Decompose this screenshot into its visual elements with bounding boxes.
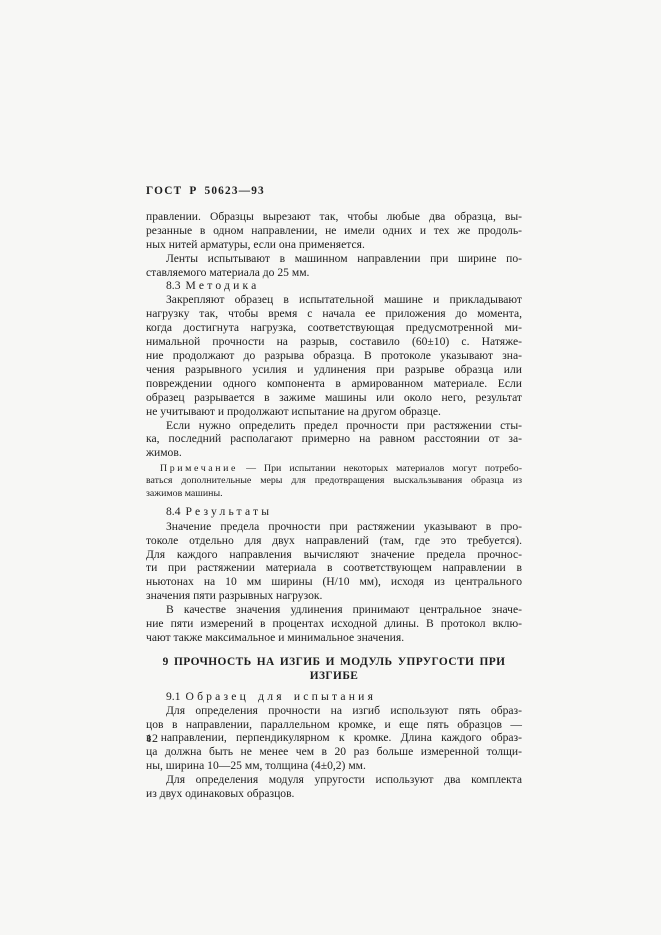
subsection-title: Образец для испытания <box>186 690 377 703</box>
text-line: повреждении одного компонента в армирова… <box>146 377 522 391</box>
text-line: ваться дополнительные меры для предотвра… <box>146 475 522 487</box>
text-line: ньютонах на 10 мм ширины (Н/10 мм), исхо… <box>146 575 522 589</box>
text-line: правлении. Образцы вырезают так, чтобы л… <box>146 210 522 224</box>
text-line: образец разрывается в зажиме машины или … <box>146 391 522 405</box>
text-line: Для определения прочности на изгиб испол… <box>146 704 522 718</box>
subsection-title: Методика <box>186 279 260 292</box>
text-line: в направлении, перпендикулярном к кромке… <box>146 731 522 745</box>
text-line: значения пяти разрывных нагрузок. <box>146 589 522 603</box>
page-number: 12 <box>146 731 158 746</box>
text-line: В качестве значения удлинения принимают … <box>146 603 522 617</box>
text-line: чения разрывного усилия и удлинения при … <box>146 363 522 377</box>
text-line: Ленты испытывают в машинном направлении … <box>146 252 522 266</box>
text-line: ние пяти измерений в процентах исходной … <box>146 617 522 631</box>
note-text: — При испытании некоторых материалов мог… <box>238 463 522 474</box>
page-content: ГОСТ Р 50623—93 правлении. Образцы вырез… <box>146 185 522 801</box>
text-line: жимов. <box>146 446 522 460</box>
text-line: ца должна быть не менее чем в 20 раз бол… <box>146 745 522 759</box>
text-line: не учитывают и продолжают испытание на д… <box>146 405 522 419</box>
text-line: зажимов машины. <box>146 488 522 500</box>
paragraph-continuation: правлении. Образцы вырезают так, чтобы л… <box>146 210 522 252</box>
text-line: из двух одинаковых образцов. <box>146 787 522 801</box>
paragraph: Для определения прочности на изгиб испол… <box>146 704 522 774</box>
subsection-title: Результаты <box>186 505 273 518</box>
text-line: нагрузку так, чтобы время с начала ее пр… <box>146 307 522 321</box>
text-line: ти при растяжении материала в соответств… <box>146 561 522 575</box>
paragraph: Значение предела прочности при растяжени… <box>146 520 522 603</box>
paragraph: Ленты испытывают в машинном направлении … <box>146 252 522 280</box>
subsection-heading-9-1: 9.1Образец для испытания <box>146 690 522 704</box>
text-line: чают также максимальное и минимальное зн… <box>146 631 522 645</box>
paragraph: В качестве значения удлинения принимают … <box>146 603 522 645</box>
note-block: Примечание — При испытании некоторых мат… <box>146 463 522 500</box>
text-line: цов в направлении, параллельном кромке, … <box>146 718 522 732</box>
subsection-heading-8-3: 8.3Методика <box>146 279 522 293</box>
text-line: когда достигнута нагрузка, соответствующ… <box>146 321 522 335</box>
subsection-number: 8.3 <box>166 279 181 292</box>
text-line: Для каждого направления вычисляют значен… <box>146 548 522 562</box>
paragraph: Если нужно определить предел прочности п… <box>146 419 522 461</box>
text-line: ние продолжают до разрыва образца. В про… <box>146 349 522 363</box>
paragraph: Для определения модуля упругости использ… <box>146 773 522 801</box>
text-line: ставляемого материала до 25 мм. <box>146 266 522 280</box>
text-line: Закрепляют образец в испытательной машин… <box>146 293 522 307</box>
text-line: токоле отдельно для двух направлений (та… <box>146 534 522 548</box>
text-line: Примечание — При испытании некоторых мат… <box>146 463 522 475</box>
text-line: резанные в одном направлении, не имели о… <box>146 224 522 238</box>
text-line: ка, последний располагают примерно на ра… <box>146 432 522 446</box>
section-heading-9: 9 ПРОЧНОСТЬ НА ИЗГИБ И МОДУЛЬ УПРУГОСТИ … <box>146 656 522 684</box>
standard-designation: ГОСТ Р 50623—93 <box>146 185 522 199</box>
note-label: Примечание <box>160 463 238 474</box>
subsection-heading-8-4: 8.4Результаты <box>146 505 522 519</box>
subsection-number: 9.1 <box>166 690 181 703</box>
subsection-number: 8.4 <box>166 505 181 518</box>
paragraph: Закрепляют образец в испытательной машин… <box>146 293 522 418</box>
text-line: нимальной прочности на разрыв, составило… <box>146 335 522 349</box>
document-page: ГОСТ Р 50623—93 правлении. Образцы вырез… <box>0 0 661 935</box>
text-line: Значение предела прочности при растяжени… <box>146 520 522 534</box>
text-line: Если нужно определить предел прочности п… <box>146 419 522 433</box>
text-line: Для определения модуля упругости использ… <box>146 773 522 787</box>
text-line: ны, ширина 10—25 мм, толщина (4±0,2) мм. <box>146 759 522 773</box>
text-line: ных нитей арматуры, если она применяется… <box>146 238 522 252</box>
